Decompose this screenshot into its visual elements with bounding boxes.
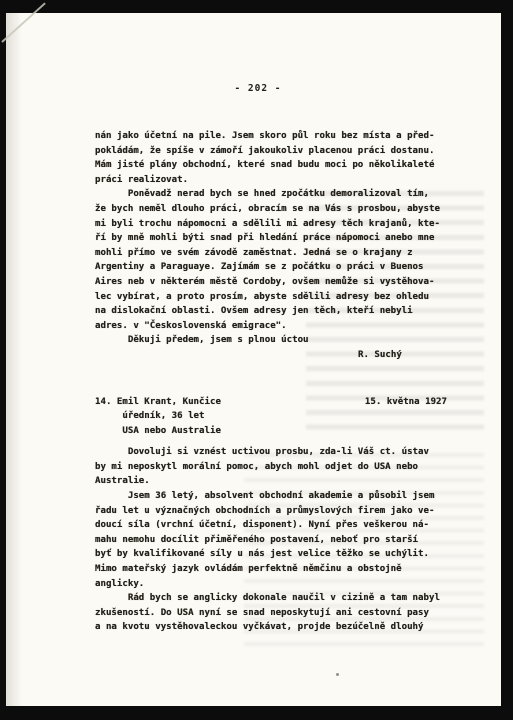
- entry-date: 15. května 1927: [365, 395, 447, 410]
- text-line: by mi neposkytl morální pomoc, abych moh…: [95, 460, 447, 475]
- entry-header: 14. Emil Krant, Kunčice 15. května 1927: [95, 395, 447, 410]
- page-edge-shadow: [6, 13, 22, 706]
- page-number: - 202 -: [83, 83, 433, 94]
- text-line: mi byli trochu nápomocni a sdělili mi ad…: [95, 217, 447, 232]
- text-line: anglicky.: [95, 577, 447, 592]
- scan-background: { "colors": { "frame": "#0c0c0c", "paper…: [0, 0, 513, 720]
- text-line: zkušeností. Do USA nyní se snad neposkyt…: [95, 606, 447, 621]
- text-line: byť by kvalifikované síly u nás jest vel…: [95, 547, 447, 562]
- text-line: Děkuji předem, jsem s plnou úctou: [95, 333, 447, 348]
- text-line: Jsem 36 letý, absolvent obchodní akademi…: [95, 489, 447, 504]
- text-line: a na kvotu vystěhovaleckou vyčkávat, pro…: [95, 620, 447, 635]
- entry-destination: USA nebo Australie: [95, 424, 447, 439]
- letter-continuation: nán jako účetní na pile. Jsem skoro půl …: [95, 129, 447, 348]
- text-line: ří by mně mohli býti snad při hledání pr…: [95, 231, 447, 246]
- entry-title: 14. Emil Krant, Kunčice: [95, 395, 221, 410]
- text-line: Aires neb v některém městě Cordoby, ovše…: [95, 275, 447, 290]
- ink-speck: [336, 673, 339, 676]
- document-text: nán jako účetní na pile. Jsem skoro půl …: [95, 129, 447, 635]
- text-line: pokládám, že spíše v zámoří jakoukoliv p…: [95, 144, 447, 159]
- text-line: adres. v "Československá emigrace".: [95, 319, 447, 334]
- text-line: Dovoluji si vznést uctivou prosbu, zda-l…: [95, 445, 447, 460]
- text-line: mahu nemohu docílit přiměřeného postaven…: [95, 533, 447, 548]
- text-line: Poněvadž nerad bych se hned zpočátku dem…: [95, 187, 447, 202]
- text-line: Mimo mateřský jazyk ovládám perfektně ně…: [95, 562, 447, 577]
- scanned-page: - 202 - nán jako účetní na pile. Jsem sk…: [6, 13, 501, 706]
- signature: R. Suchý: [358, 348, 447, 363]
- text-line: Mám jisté plány obchodní, které snad bud…: [95, 158, 447, 173]
- text-line: na dislokační oblasti. Ovšem adresy jen …: [95, 304, 447, 319]
- text-line: práci realizovat.: [95, 173, 447, 188]
- text-line: Argentiny a Paraguaye. Zajímám se z počá…: [95, 260, 447, 275]
- letter-body: Dovoluji si vznést uctivou prosbu, zda-l…: [95, 445, 447, 635]
- text-line: Australie.: [95, 474, 447, 489]
- text-line: nán jako účetní na pile. Jsem skoro půl …: [95, 129, 447, 144]
- entry-occupation: úředník, 36 let: [95, 409, 447, 424]
- text-line: řadu let u význačných obchodních a průmy…: [95, 504, 447, 519]
- text-line: mohli přímo ve svém závodě zaměstnat. Je…: [95, 246, 447, 261]
- text-line: lec vybírat, a proto prosím, abyste sděl…: [95, 290, 447, 305]
- text-line: doucí síla (vrchní účetní, disponent). N…: [95, 518, 447, 533]
- text-line: Rád bych se anglicky dokonale naučil v c…: [95, 591, 447, 606]
- text-line: že bych neměl dlouho práci, obracím se n…: [95, 202, 447, 217]
